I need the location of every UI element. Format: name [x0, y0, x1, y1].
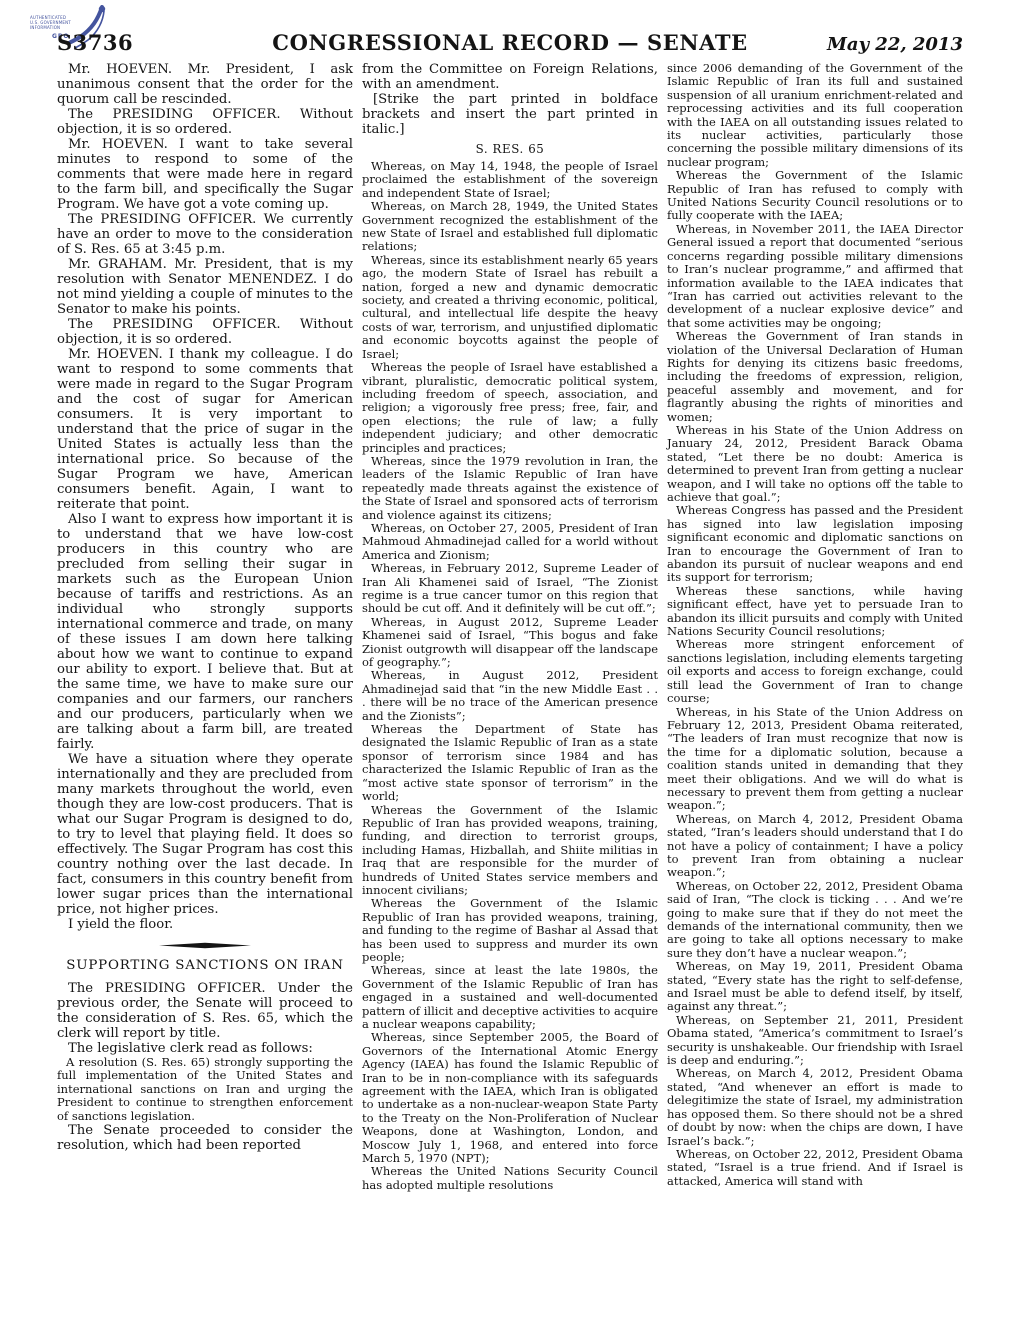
whereas-clause: Whereas, on October 22, 2012, President …	[667, 880, 963, 960]
speech-paragraph: The Senate proceeded to consider the res…	[57, 1123, 353, 1153]
whereas-clause: Whereas, since the 1979 revolution in Ir…	[362, 455, 658, 522]
whereas-clause: Whereas the people of Israel have establ…	[362, 361, 658, 455]
whereas-clause: Whereas the Government of Iran stands in…	[667, 330, 963, 424]
speech-paragraph: The legislative clerk read as follows:	[57, 1041, 353, 1056]
whereas-clause: Whereas, on March 4, 2012, President Oba…	[667, 1067, 963, 1147]
congressional-record-page: AUTHENTICATED U.S. GOVERNMENT INFORMATIO…	[0, 0, 1020, 1320]
speech-paragraph: Mr. HOEVEN. Mr. President, I ask unanimo…	[57, 62, 353, 107]
speech-paragraph: The PRESIDING OFFICER. We currently have…	[57, 212, 353, 257]
whereas-clause: Whereas, on March 4, 2012, President Oba…	[667, 813, 963, 880]
whereas-clause: Whereas, on March 28, 1949, the United S…	[362, 200, 658, 254]
whereas-clause: Whereas, in August 2012, President Ahmad…	[362, 669, 658, 723]
speech-paragraph: The PRESIDING OFFICER. Under the previou…	[57, 981, 353, 1041]
whereas-clause: Whereas Congress has passed and the Pres…	[667, 504, 963, 584]
column-1: Mr. HOEVEN. Mr. President, I ask unanimo…	[57, 62, 353, 1192]
column-2: from the Committee on Foreign Relations,…	[362, 62, 658, 1192]
text-columns: Mr. HOEVEN. Mr. President, I ask unanimo…	[57, 62, 963, 1192]
speech-paragraph: Mr. GRAHAM. Mr. President, that is my re…	[57, 257, 353, 317]
speech-paragraph: We have a situation where they operate i…	[57, 752, 353, 917]
resolution-title: S. RES. 65	[362, 142, 658, 156]
issue-date: May 22, 2013	[748, 34, 963, 55]
section-heading: SUPPORTING SANCTIONS ON IRAN	[57, 958, 353, 974]
whereas-clause-continuation: since 2006 demanding of the Government o…	[667, 62, 963, 169]
speech-paragraph: The PRESIDING OFFICER. Without objection…	[57, 107, 353, 137]
whereas-clause: Whereas the Government of the Islamic Re…	[362, 897, 658, 964]
whereas-clause: Whereas more stringent enforcement of sa…	[667, 638, 963, 705]
whereas-clause: Whereas the United Nations Security Coun…	[362, 1165, 658, 1192]
whereas-clause: Whereas the Government of the Islamic Re…	[667, 169, 963, 223]
whereas-clause: Whereas, in his State of the Union Addre…	[667, 706, 963, 813]
whereas-clause: Whereas, since at least the late 1980s, …	[362, 964, 658, 1031]
speech-paragraph: Mr. HOEVEN. I thank my colleague. I do w…	[57, 347, 353, 512]
editorial-note: [Strike the part printed in boldface bra…	[362, 92, 658, 137]
column-3: since 2006 demanding of the Government o…	[667, 62, 963, 1192]
speech-paragraph: Mr. HOEVEN. I want to take several minut…	[57, 137, 353, 212]
page-number: S3736	[57, 30, 272, 55]
swell-rule-divider	[57, 942, 353, 949]
whereas-clause: Whereas, on October 27, 2005, President …	[362, 522, 658, 562]
whereas-clause: Whereas, since its establishment nearly …	[362, 254, 658, 361]
whereas-clause: Whereas, on May 14, 1948, the people of …	[362, 160, 658, 200]
whereas-clause: Whereas, on October 22, 2012, President …	[667, 1148, 963, 1188]
whereas-clause: Whereas these sanctions, while having si…	[667, 585, 963, 639]
whereas-clause: Whereas, since September 2005, the Board…	[362, 1031, 658, 1165]
page-header: S3736 CONGRESSIONAL RECORD — SENATE May …	[57, 30, 963, 55]
speech-paragraph: I yield the floor.	[57, 917, 353, 932]
swell-rule-icon	[159, 942, 251, 949]
resolution-summary: A resolution (S. Res. 65) strongly suppo…	[57, 1056, 353, 1123]
whereas-clause: Whereas the Department of State has desi…	[362, 723, 658, 803]
whereas-clause: Whereas, in August 2012, Supreme Leader …	[362, 616, 658, 670]
whereas-clause: Whereas, in November 2011, the IAEA Dire…	[667, 223, 963, 330]
whereas-clause: Whereas, on September 21, 2011, Presiden…	[667, 1014, 963, 1068]
whereas-clause: Whereas the Government of the Islamic Re…	[362, 804, 658, 898]
whereas-clause: Whereas, in February 2012, Supreme Leade…	[362, 562, 658, 616]
whereas-clause: Whereas in his State of the Union Addres…	[667, 424, 963, 504]
speech-paragraph: Also I want to express how important it …	[57, 512, 353, 752]
speech-paragraph-continuation: from the Committee on Foreign Relations,…	[362, 62, 658, 92]
masthead-title: CONGRESSIONAL RECORD — SENATE	[272, 30, 747, 55]
whereas-clause: Whereas, on May 19, 2011, President Obam…	[667, 960, 963, 1014]
speech-paragraph: The PRESIDING OFFICER. Without objection…	[57, 317, 353, 347]
